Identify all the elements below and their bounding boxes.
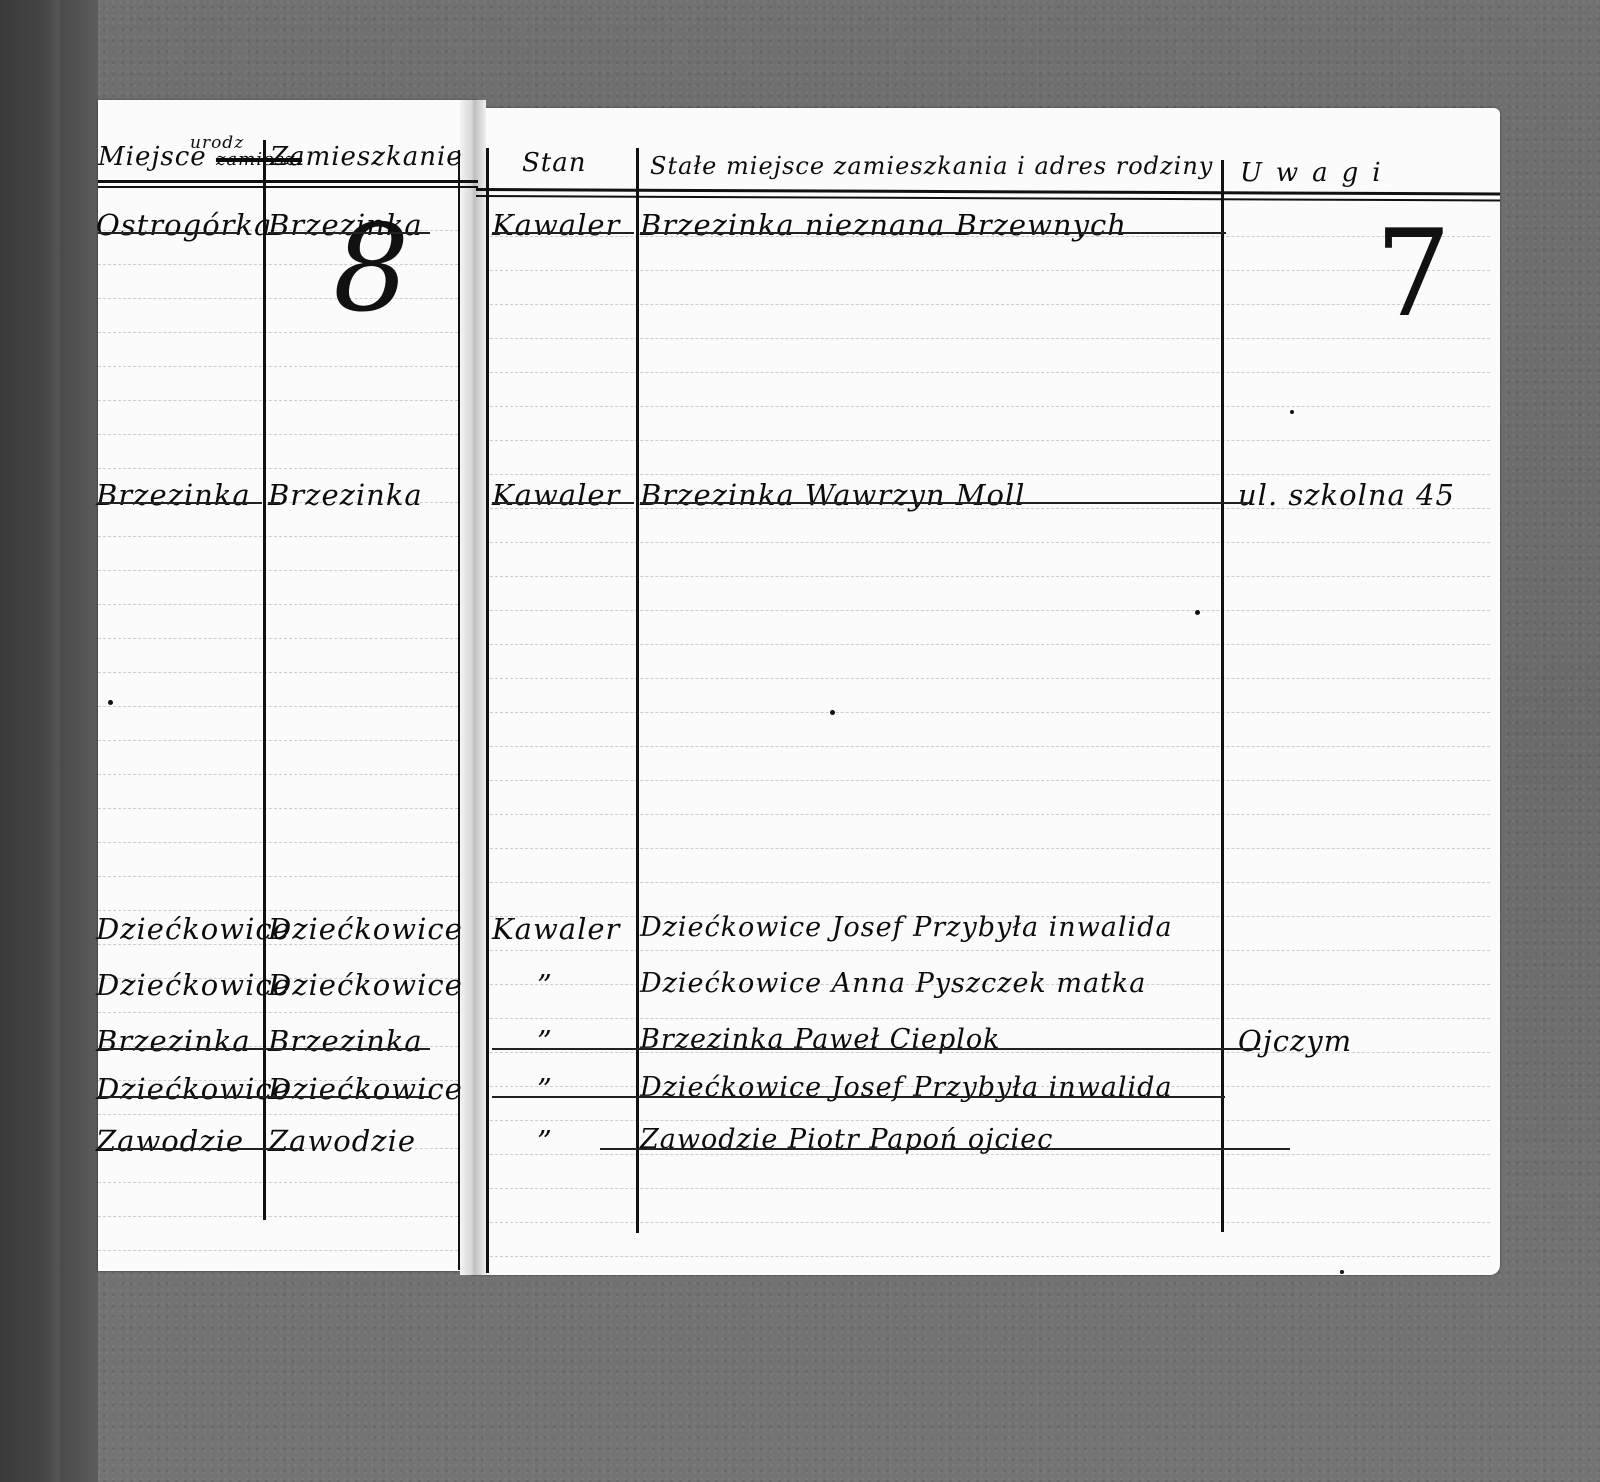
row-2-permanent-address: Brzezinka Wawrzyn Moll	[640, 478, 1025, 512]
ruling-line	[490, 1256, 1490, 1257]
column-divider-status-left	[486, 148, 489, 1273]
ruling-line	[98, 1250, 458, 1251]
ruling-line	[490, 814, 1490, 815]
strike-through-line	[262, 1048, 430, 1050]
row-4-birthplace: Dziećkowice	[96, 968, 291, 1002]
row-6-birthplace: Dziećkowice	[96, 1072, 291, 1106]
ruling-line	[98, 1012, 458, 1013]
row-5-permanent-address: Brzezinka Paweł Cieplok	[640, 1024, 1001, 1055]
ink-speck	[1340, 1270, 1344, 1274]
ruling-line	[98, 536, 458, 537]
strike-through-line	[262, 1148, 300, 1150]
ruling-line	[490, 1188, 1490, 1189]
ruling-line	[490, 1120, 1490, 1121]
header-marital-status: Stan	[522, 148, 587, 178]
row-2-marital-status: Kawaler	[492, 478, 620, 512]
ruling-line	[490, 338, 1490, 339]
row-3-marital-status: Kawaler	[492, 912, 620, 946]
ruling-line	[98, 604, 458, 605]
strike-through-line	[640, 502, 1250, 504]
ruling-line	[490, 746, 1490, 747]
ink-speck	[830, 710, 835, 715]
ruling-line	[490, 712, 1490, 713]
ruling-line	[490, 270, 1490, 271]
row-1-residence: Brzezinka	[268, 208, 423, 242]
ruling-line	[98, 400, 458, 401]
row-1-birthplace: Ostrogórka	[96, 208, 272, 242]
strike-through-line	[268, 502, 280, 504]
row-6-marital-status: ”	[537, 1072, 553, 1106]
row-5-remarks: Ojczym	[1238, 1024, 1352, 1058]
ruling-line	[98, 434, 458, 435]
ruling-line	[490, 848, 1490, 849]
strike-through-line	[268, 232, 430, 234]
ruling-line	[98, 706, 458, 707]
binding-strip	[0, 0, 60, 1482]
ink-speck	[1290, 410, 1294, 414]
page-number-mark: 7	[1375, 205, 1452, 344]
ruling-line	[490, 440, 1490, 441]
header-rule-bottom	[98, 186, 478, 188]
ruling-line	[98, 808, 458, 809]
row-6-permanent-address: Dziećkowice Josef Przybyła inwalida	[640, 1072, 1173, 1103]
ruling-line	[490, 882, 1490, 883]
row-7-permanent-address: Zawodzie Piotr Papoń ojciec	[640, 1124, 1053, 1155]
column-divider-status-right	[636, 148, 639, 1233]
binding-shadow	[60, 0, 98, 1482]
ink-speck	[108, 700, 113, 705]
ruling-line	[490, 542, 1490, 543]
strike-through-line	[1240, 1048, 1260, 1050]
row-4-permanent-address: Dziećkowice Anna Pyszczek matka	[640, 968, 1146, 999]
ruling-line	[490, 678, 1490, 679]
ruling-line	[490, 304, 1490, 305]
column-divider-birthplace	[263, 140, 266, 1220]
ruling-line	[490, 474, 1490, 475]
row-6-residence: Dziećkowice	[268, 1072, 463, 1106]
ruling-line	[98, 876, 458, 877]
ruling-line	[490, 1018, 1490, 1019]
strike-through-line	[98, 1048, 262, 1050]
row-2-birthplace: Brzezinka	[96, 478, 251, 512]
ruling-line	[490, 780, 1490, 781]
ruling-line	[98, 672, 458, 673]
strike-through-line	[492, 502, 634, 504]
ruling-line	[98, 468, 458, 469]
ruling-line	[98, 842, 458, 843]
header-remarks: Uwagi	[1240, 158, 1395, 188]
row-5-residence: Brzezinka	[268, 1024, 423, 1058]
strike-through-line	[492, 232, 634, 234]
row-3-residence: Dziećkowice	[268, 912, 463, 946]
ruling-line	[490, 1222, 1490, 1223]
ruling-line	[98, 740, 458, 741]
header-permanent-address: Stałe miejsce zamieszkania i adres rodzi…	[650, 152, 1213, 180]
ruling-line	[490, 576, 1490, 577]
header-residence: Zamieszkanie	[270, 142, 463, 172]
row-4-residence: Dziećkowice	[268, 968, 463, 1002]
ruling-line	[98, 1114, 458, 1115]
ruling-line	[98, 570, 458, 571]
row-5-birthplace: Brzezinka	[96, 1024, 251, 1058]
row-1-permanent-address: Brzezinka nieznana Brzewnych	[640, 208, 1127, 242]
strike-through-line	[492, 1048, 1240, 1050]
column-divider-remarks	[1221, 160, 1224, 1232]
ruling-line	[490, 950, 1490, 951]
ruling-line	[98, 910, 458, 911]
strike-through-line	[262, 1096, 430, 1098]
ruling-line	[98, 1216, 458, 1217]
strike-through-line	[98, 1148, 262, 1150]
ruling-line	[490, 406, 1490, 407]
row-7-marital-status: ”	[537, 1124, 553, 1158]
strike-through-line	[98, 502, 262, 504]
strike-through-line	[640, 232, 1226, 234]
ink-speck	[1195, 610, 1200, 615]
ruling-line	[490, 610, 1490, 611]
strike-through-line	[492, 1096, 1225, 1098]
header-birthplace-insert: urodz	[190, 133, 244, 153]
ruling-line	[98, 366, 458, 367]
row-3-birthplace: Dziećkowice	[96, 912, 291, 946]
row-7-birthplace: Zawodzie	[96, 1124, 244, 1158]
ruling-line	[490, 372, 1490, 373]
ruling-line	[490, 644, 1490, 645]
row-5-marital-status: ”	[537, 1024, 553, 1058]
ruling-line	[98, 774, 458, 775]
strike-through-line	[98, 232, 240, 234]
strike-through-line	[98, 1096, 262, 1098]
row-2-residence: Brzezinka	[268, 478, 423, 512]
ruling-line	[98, 638, 458, 639]
strike-through-line	[600, 1148, 1290, 1150]
header-rule-top	[98, 180, 478, 183]
row-3-permanent-address: Dziećkowice Josef Przybyła inwalida	[640, 912, 1173, 943]
row-7-residence: Zawodzie	[268, 1124, 416, 1158]
row-1-marital-status: Kawaler	[492, 208, 620, 242]
row-2-remarks: ul. szkolna 45	[1238, 478, 1455, 512]
book-gutter	[460, 100, 486, 1275]
ruling-line	[98, 1182, 458, 1183]
row-4-marital-status: ”	[537, 968, 553, 1002]
